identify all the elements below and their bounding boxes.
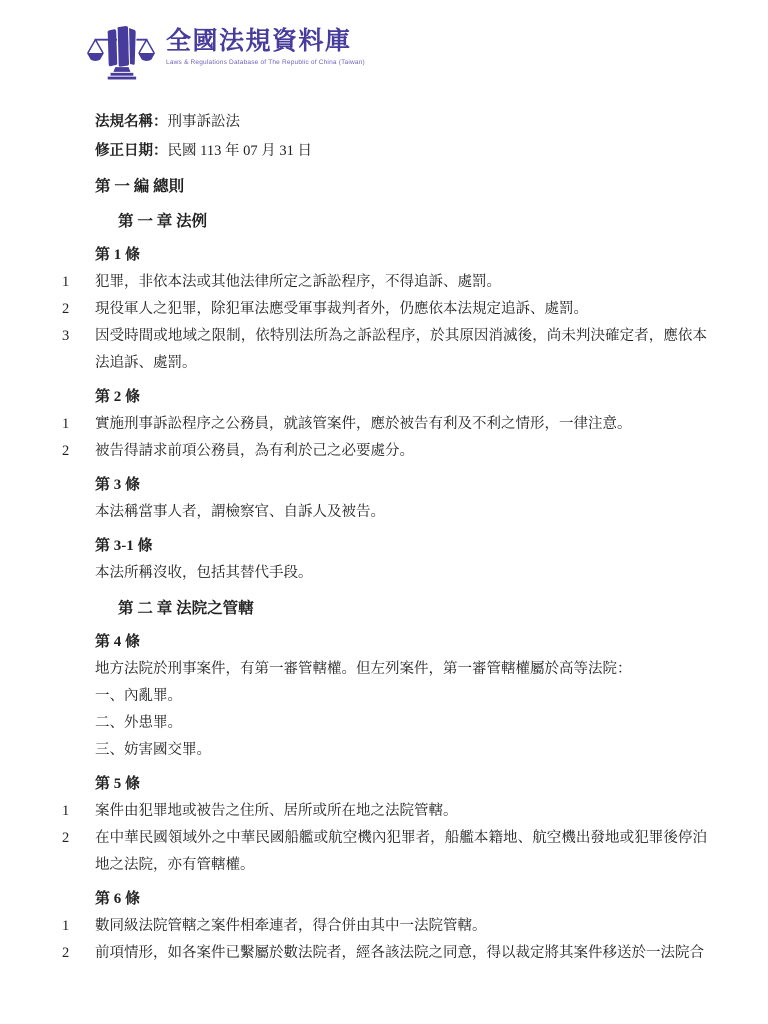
paragraph-text: 案件由犯罪地或被告之住所、居所或所在地之法院管轄。 [95, 798, 707, 825]
article-heading: 第 2 條 [95, 384, 708, 411]
article-heading: 第 3-1 條 [95, 533, 708, 560]
paragraph-number: 3 [62, 323, 95, 377]
law-numbered-paragraph: 2被告得請求前項公務員，為有利於己之必要處分。 [62, 438, 708, 465]
paragraph-number: 1 [62, 798, 95, 825]
chapter-heading: 第 二 章 法院之管轄 [118, 595, 708, 622]
law-name-line: 法規名稱：刑事訴訟法 [95, 108, 708, 137]
law-numbered-paragraph: 1犯罪，非依本法或其他法律所定之訴訟程序，不得追訴、處罰。 [62, 269, 708, 296]
article-heading: 第 5 條 [95, 771, 708, 798]
paragraph-number: 2 [62, 825, 95, 879]
paragraph-number: 1 [62, 269, 95, 296]
document-page: 全國法規資料庫 Laws & Regulations Database of T… [0, 0, 768, 1024]
law-paragraph: 三、妨害國交罪。 [95, 737, 707, 764]
law-paragraph: 二、外患罪。 [95, 710, 707, 737]
chapter-heading: 第 一 章 法例 [118, 208, 708, 235]
article-heading: 第 3 條 [95, 472, 708, 499]
law-name-label: 法規名稱： [95, 114, 168, 130]
law-name-value: 刑事訴訟法 [168, 114, 241, 130]
article-heading: 第 6 條 [95, 886, 708, 913]
law-content: 第 一 編 總則第 一 章 法例第 1 條1犯罪，非依本法或其他法律所定之訴訟程… [62, 173, 708, 967]
law-paragraph: 本法稱當事人者，謂檢察官、自訴人及被告。 [95, 499, 707, 526]
logo-subtitle: Laws & Regulations Database of The Repub… [166, 58, 365, 67]
paragraph-number: 1 [62, 913, 95, 940]
law-numbered-paragraph: 1案件由犯罪地或被告之住所、居所或所在地之法院管轄。 [62, 798, 708, 825]
paragraph-text: 因受時間或地域之限制，依特別法所為之訴訟程序，於其原因消滅後，尚未判決確定者，應… [95, 323, 707, 377]
law-document: 法規名稱：刑事訴訟法 修正日期：民國 113 年 07 月 31 日 第 一 編… [62, 108, 708, 967]
law-numbered-paragraph: 1實施刑事訴訟程序之公務員，就該管案件，應於被告有利及不利之情形，一律注意。 [62, 411, 708, 438]
paragraph-text: 被告得請求前項公務員，為有利於己之必要處分。 [95, 438, 707, 465]
scales-and-books-icon [85, 23, 157, 81]
paragraph-number: 2 [62, 438, 95, 465]
paragraph-number: 1 [62, 411, 95, 438]
amend-date-value: 民國 113 年 07 月 31 日 [168, 143, 312, 159]
logo-title: 全國法規資料庫 [166, 26, 365, 56]
paragraph-number: 2 [62, 940, 95, 967]
law-numbered-paragraph: 3因受時間或地域之限制，依特別法所為之訴訟程序，於其原因消滅後，尚未判決確定者，… [62, 323, 708, 377]
paragraph-text: 犯罪，非依本法或其他法律所定之訴訟程序，不得追訴、處罰。 [95, 269, 707, 296]
law-paragraph: 本法所稱沒收，包括其替代手段。 [95, 560, 707, 587]
paragraph-text: 數同級法院管轄之案件相牽連者，得合併由其中一法院管轄。 [95, 913, 707, 940]
law-numbered-paragraph: 2前項情形，如各案件已繫屬於數法院者，經各該法院之同意，得以裁定將其案件移送於一… [62, 940, 708, 967]
paragraph-text: 實施刑事訴訟程序之公務員，就該管案件，應於被告有利及不利之情形，一律注意。 [95, 411, 707, 438]
amend-date-label: 修正日期： [95, 143, 168, 159]
paragraph-text: 在中華民國領域外之中華民國船艦或航空機內犯罪者，船艦本籍地、航空機出發地或犯罪後… [95, 825, 707, 879]
law-paragraph: 一、內亂罪。 [95, 683, 707, 710]
law-numbered-paragraph: 2在中華民國領域外之中華民國船艦或航空機內犯罪者，船艦本籍地、航空機出發地或犯罪… [62, 825, 708, 879]
law-numbered-paragraph: 1數同級法院管轄之案件相牽連者，得合併由其中一法院管轄。 [62, 913, 708, 940]
paragraph-text: 前項情形，如各案件已繫屬於數法院者，經各該法院之同意，得以裁定將其案件移送於一法… [95, 940, 707, 967]
law-numbered-paragraph: 2現役軍人之犯罪，除犯軍法應受軍事裁判者外，仍應依本法規定追訴、處罰。 [62, 296, 708, 323]
article-heading: 第 4 條 [95, 629, 708, 656]
part-heading: 第 一 編 總則 [95, 173, 708, 200]
amend-date-line: 修正日期：民國 113 年 07 月 31 日 [95, 137, 708, 166]
paragraph-text: 現役軍人之犯罪，除犯軍法應受軍事裁判者外，仍應依本法規定追訴、處罰。 [95, 296, 707, 323]
paragraph-number: 2 [62, 296, 95, 323]
site-logo: 全國法規資料庫 Laws & Regulations Database of T… [85, 23, 365, 81]
article-heading: 第 1 條 [95, 242, 708, 269]
logo-text: 全國法規資料庫 Laws & Regulations Database of T… [166, 23, 365, 67]
law-paragraph: 地方法院於刑事案件，有第一審管轄權。但左列案件，第一審管轄權屬於高等法院： [95, 656, 707, 683]
